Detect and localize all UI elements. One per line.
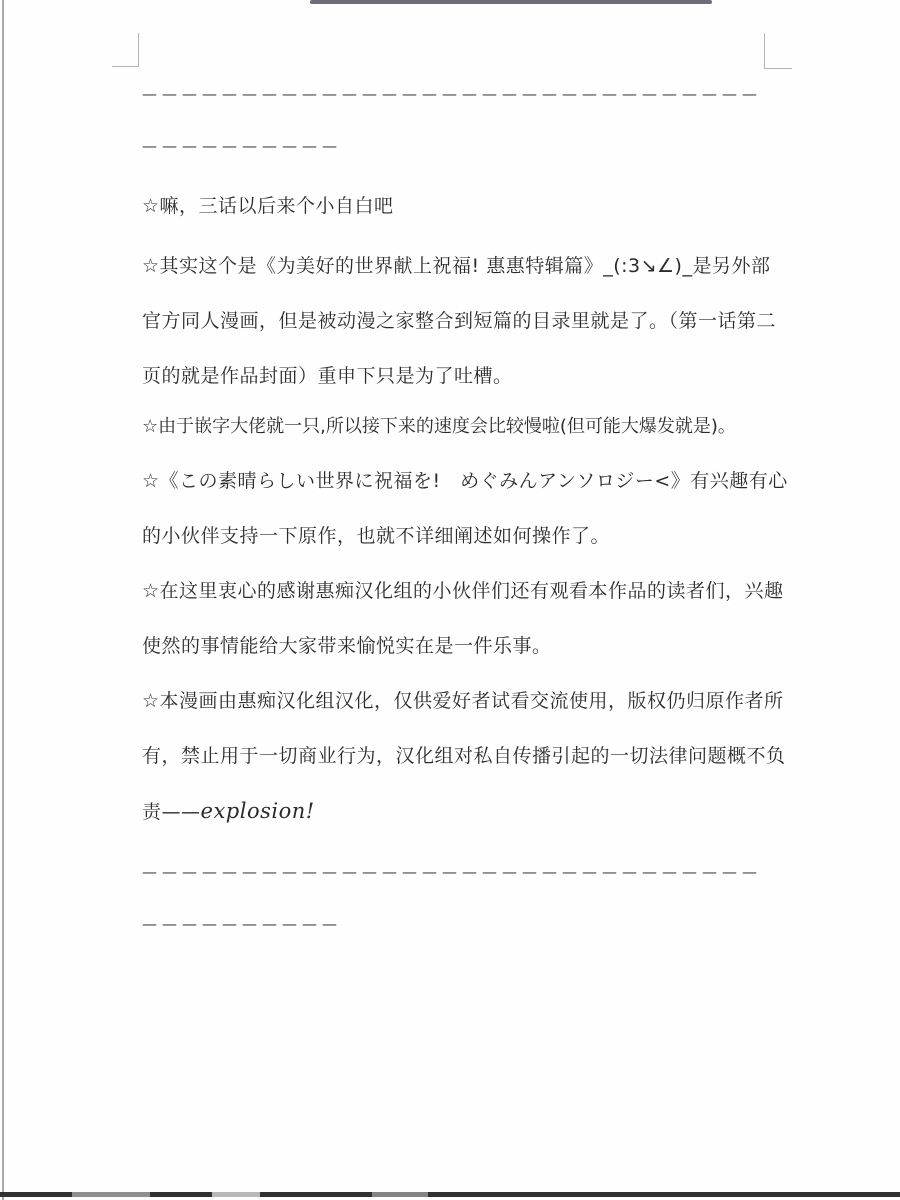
paragraph-line: ☆由于嵌字大佬就一只,所以接下来的速度会比较慢啦(但可能大爆发就是)。 xyxy=(142,413,782,441)
explosion-word: explosion! xyxy=(201,799,315,823)
page-bottom-border-segment xyxy=(372,1192,428,1197)
separator-dashed-line: —————————— xyxy=(142,914,342,934)
paragraph-line: 有，禁止用于一切商业行为，汉化组对私自传播引起的一切法律问题概不负 xyxy=(142,742,782,770)
paragraph-line: ☆其实这个是《为美好的世界献上祝福! 惠惠特辑篇》_(:3↘∠)_是另外部 xyxy=(142,252,782,280)
separator-dashed-line: ——————————————————————————————— xyxy=(142,862,762,882)
separator-dashed-line: ——————————————————————————————— xyxy=(142,84,762,104)
page-left-border xyxy=(2,0,4,1200)
disclaimer-last-line-prefix: 责—— xyxy=(142,801,201,823)
paragraph-line: 官方同人漫画，但是被动漫之家整合到短篇的目录里就是了。（第一话第二 xyxy=(142,307,782,335)
paragraph-line: ☆《この素晴らしい世界に祝福を! めぐみんアンソロジー<》有兴趣有心 xyxy=(142,467,782,495)
paragraph-line: ☆嘛，三话以后来个小自白吧 xyxy=(142,192,782,220)
paragraph-line: 的小伙伴支持一下原作，也就不详细阐述如何操作了。 xyxy=(142,522,782,550)
paragraph-line: ☆本漫画由惠痴汉化组汉化，仅供爱好者试看交流使用，版权仍归原作者所 xyxy=(142,687,782,715)
separator-dashed-line: —————————— xyxy=(142,136,342,156)
page-bottom-border-segment xyxy=(72,1192,150,1197)
page-top-border xyxy=(310,0,712,4)
page-bottom-border-segment xyxy=(212,1192,260,1197)
margin-crop-mark-top-right xyxy=(764,33,792,69)
paragraph-line: 使然的事情能给大家带来愉悦实在是一件乐事。 xyxy=(142,632,782,660)
paragraph-line: 责——explosion! xyxy=(142,797,782,826)
margin-crop-mark-top-left xyxy=(112,33,139,67)
document-page: ——————————————————————————————— ————————… xyxy=(0,0,900,1200)
paragraph-line: 页的就是作品封面）重申下只是为了吐槽。 xyxy=(142,362,782,390)
paragraph-line: ☆在这里衷心的感谢惠痴汉化组的小伙伴们还有观看本作品的读者们，兴趣 xyxy=(142,577,782,605)
